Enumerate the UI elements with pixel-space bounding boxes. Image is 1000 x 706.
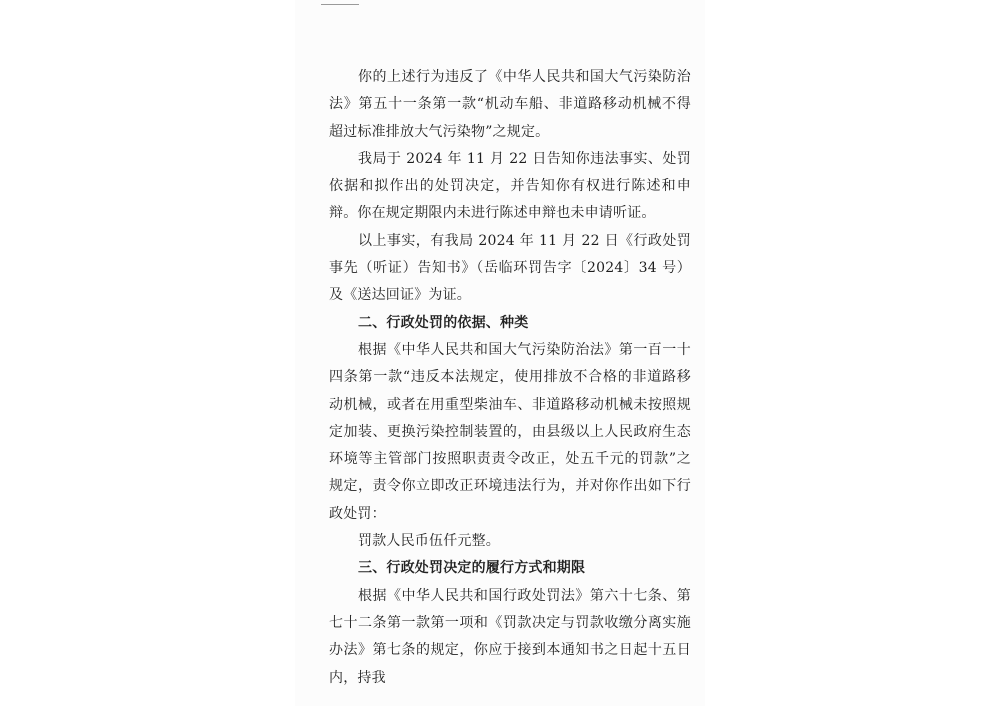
paragraph-evidence: 以上事实，有我局 2024 年 11 月 22 日《行政处罚事先（听证）告知书》… bbox=[329, 228, 691, 310]
paragraph-payment-terms: 根据《中华人民共和国行政处罚法》第六十七条、第七十二条第一款第一项和《罚款决定与… bbox=[329, 583, 691, 692]
section-heading-performance: 三、行政处罚决定的履行方式和期限 bbox=[329, 555, 691, 582]
paragraph-legal-basis: 根据《中华人民共和国大气污染防治法》第一百一十四条第一款“违反本法规定，使用排放… bbox=[329, 337, 691, 528]
document-body: 你的上述行为违反了《中华人民共和国大气污染防治法》第五十一条第一款“机动车船、非… bbox=[329, 64, 691, 692]
paragraph-violation: 你的上述行为违反了《中华人民共和国大气污染防治法》第五十一条第一款“机动车船、非… bbox=[329, 64, 691, 146]
top-rule-divider bbox=[321, 4, 359, 5]
paragraph-fine-amount: 罚款人民币伍仟元整。 bbox=[329, 528, 691, 555]
paragraph-notification: 我局于 2024 年 11 月 22 日告知你违法事实、处罚依据和拟作出的处罚决… bbox=[329, 146, 691, 228]
section-heading-basis: 二、行政处罚的依据、种类 bbox=[329, 310, 691, 337]
